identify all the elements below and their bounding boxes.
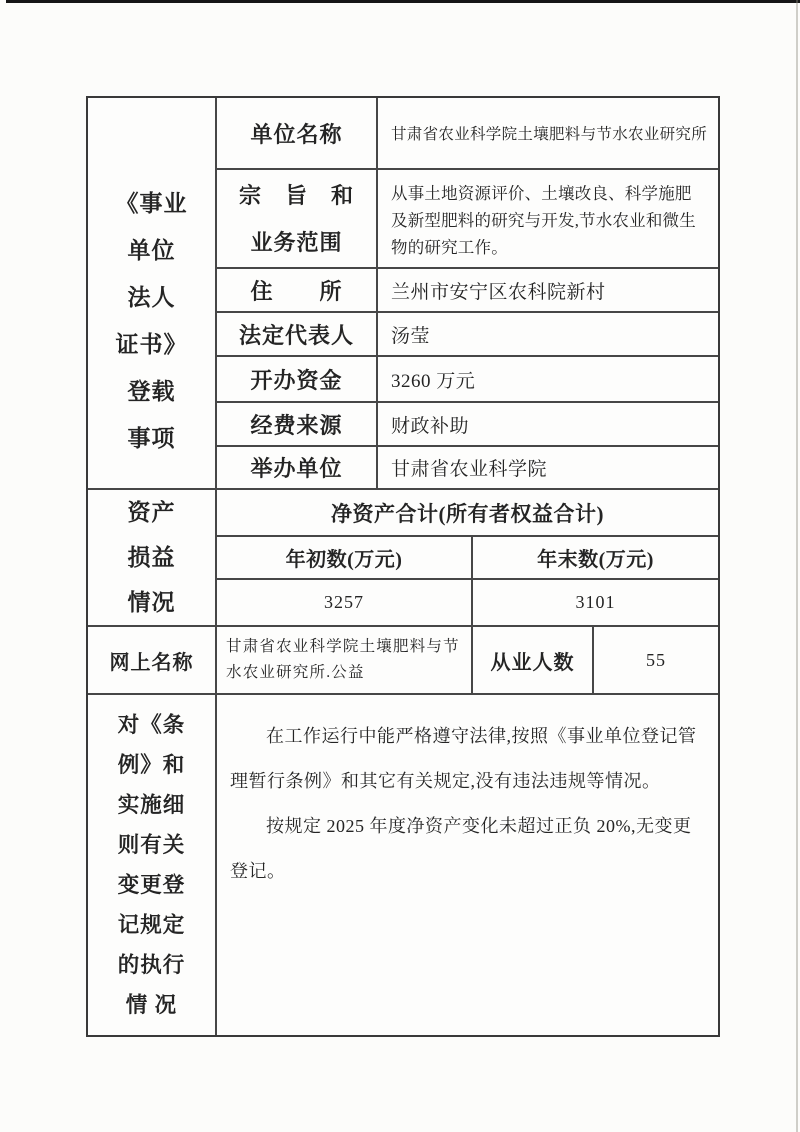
compliance-paragraph-1: 在工作运行中能严格遵守法律,按照《事业单位登记管理暂行条例》和其它有关规定,没有… — [230, 714, 704, 804]
staff-count-label: 从业人数 — [473, 627, 594, 695]
compliance-paragraph-2: 按规定 2025 年度净资产变化未超过正负 20%,无变更登记。 — [230, 804, 704, 894]
field-label-unit-name: 单位名称 — [217, 98, 378, 170]
field-value-address: 兰州市安宁区农科院新村 — [378, 269, 718, 313]
scan-artifact-top-line — [6, 0, 800, 3]
field-label-startup-capital: 开办资金 — [217, 357, 378, 403]
field-value-legal-representative: 汤莹 — [378, 313, 718, 357]
field-label-sponsor-unit: 举办单位 — [217, 447, 378, 490]
scan-artifact-right-line — [796, 0, 798, 1132]
year-start-value: 3257 — [217, 580, 473, 627]
field-label-funding-source: 经费来源 — [217, 403, 378, 447]
year-end-value: 3101 — [473, 580, 718, 627]
compliance-section-label: 对《条 例》和 实施细 则有关 变更登 记规定 的执行 情 况 — [88, 695, 217, 1035]
compliance-statement-body: 在工作运行中能严格遵守法律,按照《事业单位登记管理暂行条例》和其它有关规定,没有… — [217, 695, 718, 1035]
scanned-document-page: 《事业 单位 法人 证书》 登载 事项 单位名称 甘肃省农业科学院土壤肥料与节水… — [0, 0, 800, 1132]
legal-entity-report-table: 《事业 单位 法人 证书》 登载 事项 单位名称 甘肃省农业科学院土壤肥料与节水… — [86, 96, 720, 1037]
year-end-column-header: 年末数(万元) — [473, 537, 718, 580]
field-label-purpose-scope: 宗 旨 和 业务范围 — [217, 170, 378, 269]
field-value-startup-capital: 3260 万元 — [378, 357, 718, 403]
field-value-purpose-scope: 从事土地资源评价、土壤改良、科学施肥及新型肥料的研究与开发,节水农业和微生物的研… — [378, 170, 718, 269]
field-value-unit-name: 甘肃省农业科学院土壤肥料与节水农业研究所 — [378, 98, 718, 170]
field-value-funding-source: 财政补助 — [378, 403, 718, 447]
field-value-sponsor-unit: 甘肃省农业科学院 — [378, 447, 718, 490]
certificate-section-label: 《事业 单位 法人 证书》 登载 事项 — [88, 98, 217, 490]
online-name-value: 甘肃省农业科学院土壤肥料与节水农业研究所.公益 — [217, 627, 473, 695]
staff-count-value: 55 — [594, 627, 718, 695]
assets-section-label: 资产 损益 情况 — [88, 490, 217, 627]
field-label-address: 住 所 — [217, 269, 378, 313]
net-assets-header: 净资产合计(所有者权益合计) — [217, 490, 718, 537]
field-label-legal-representative: 法定代表人 — [217, 313, 378, 357]
year-start-column-header: 年初数(万元) — [217, 537, 473, 580]
online-name-label: 网上名称 — [88, 627, 217, 695]
